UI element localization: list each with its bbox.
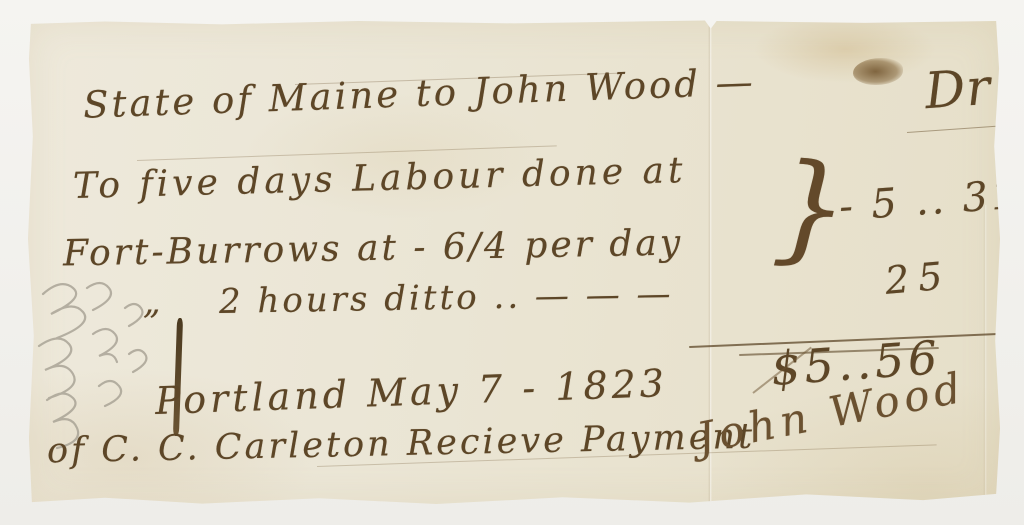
- item-line: Fort-Burrows at - 6/4 per day: [63, 223, 684, 275]
- item-amount: - 5 .. 31: [838, 172, 1021, 230]
- ink-flourish: [907, 124, 1017, 133]
- fold-crease-right: [983, 205, 987, 506]
- item-amount: 25: [883, 253, 953, 303]
- title-line: State of Maine to John Wood —: [82, 60, 756, 126]
- place-date-line: Portland May 7 - 1823: [154, 361, 668, 423]
- debit-abbreviation: Dr: [923, 58, 993, 120]
- ditto-mark: „: [143, 282, 161, 322]
- item-line: 2 hours ditto .. — — —: [219, 274, 674, 322]
- scanned-receipt-image: State of Maine to John Wood — Dr To five…: [0, 0, 1024, 525]
- receipt-paper: State of Maine to John Wood — Dr To five…: [27, 20, 1001, 506]
- ink-blot: [853, 58, 903, 85]
